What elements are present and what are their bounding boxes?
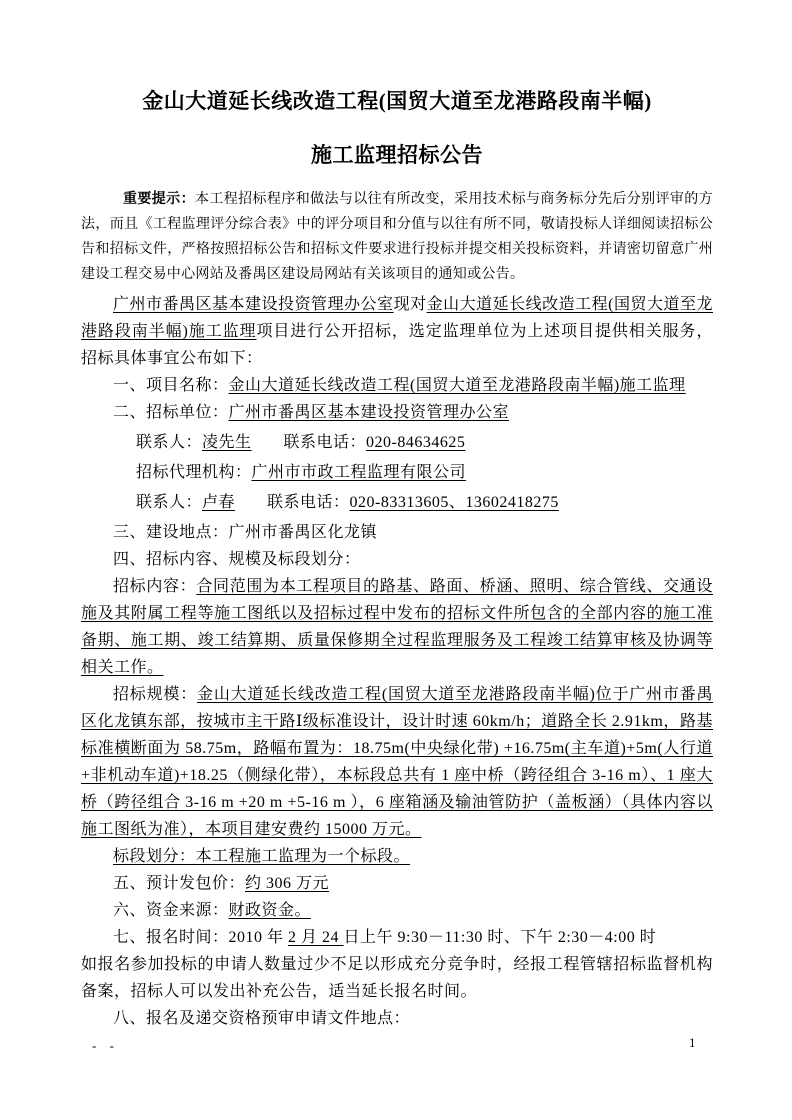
intro-paragraph: 广州市番禺区基本建设投资管理办公室现对金山大道延长线改造工程(国贸大道至龙港路段… <box>81 291 713 372</box>
item-section4: 四、招标内容、规模及标段划分： <box>81 546 713 573</box>
item-project-name-label: 一、项目名称： <box>113 377 229 394</box>
document-content: 金山大道延长线改造工程(国贸大道至龙港路段南半幅) 施工监理招标公告 重要提示：… <box>0 0 792 1032</box>
important-notice-label: 重要提示： <box>123 190 195 206</box>
item-funds: 六、资金来源：财政资金。 <box>81 897 713 924</box>
signup-time-post: 日上午 9:30－11:30 时、下午 2:30－4:00 时 <box>344 929 657 946</box>
item-tender-unit-label: 二、招标单位： <box>113 404 229 421</box>
item-tender-unit-value: 广州市番禺区基本建设投资管理办公室 <box>229 404 510 421</box>
contact-line-2: 联系人：卢春联系电话：020-83313605、13602418275 <box>81 489 713 516</box>
signup-time-pre: 七、报名时间：2010 年 <box>113 929 288 946</box>
intro-connector: 现对 <box>394 296 427 313</box>
tender-content-paragraph: 招标内容：合同范围为本工程项目的路基、路面、桥涵、照明、综合管线、交通设施及其附… <box>81 573 713 681</box>
signup-note-paragraph: 如报名参加投标的申请人数量过少不足以形成充分竞争时，经报工程管辖招标监督机构备案… <box>81 951 713 1005</box>
important-notice-paragraph: 重要提示：本工程招标程序和做法与以往有所改变，采用技术标与商务标分先后分别评审的… <box>81 186 713 287</box>
document-page: 金山大道延长线改造工程(国贸大道至龙港路段南半幅) 施工监理招标公告 重要提示：… <box>0 0 792 1120</box>
tender-scale-value: 金山大道延长线改造工程(国贸大道至龙港路段南半幅)位于广州市番禺区化龙镇东部，按… <box>81 686 713 838</box>
item-project-name-value: 金山大道延长线改造工程(国贸大道至龙港路段南半幅)施工监理 <box>229 377 686 394</box>
item-price: 五、预计发包价：约 306 万元 <box>81 870 713 897</box>
contact1-name: 凌先生 <box>202 434 252 451</box>
contact1-phone-label: 联系电话： <box>284 434 367 451</box>
document-title-line2: 施工监理招标公告 <box>81 140 713 170</box>
signup-note-value: 如报名参加投标的申请人数量过少不足以形成充分竞争时，经报工程管辖招标监督机构备案… <box>81 956 713 1000</box>
agency-line: 招标代理机构：广州市市政工程监理有限公司 <box>81 459 713 486</box>
item-project-name: 一、项目名称：金山大道延长线改造工程(国贸大道至龙港路段南半幅)施工监理 <box>81 372 713 399</box>
contact2-label: 联系人： <box>136 494 202 511</box>
item-tender-unit: 二、招标单位：广州市番禺区基本建设投资管理办公室 <box>81 399 713 426</box>
contact2-phone: 020-83313605、13602418275 <box>350 494 559 511</box>
page-number: 1 <box>689 1035 696 1051</box>
item-funds-value: 财政资金。 <box>229 902 312 919</box>
item-location-label: 三、建设地点： <box>113 524 229 541</box>
agency-label: 招标代理机构： <box>136 464 252 481</box>
agency-name: 广州市市政工程监理有限公司 <box>252 464 467 481</box>
tender-office-name: 广州市番禺区基本建设投资管理办公室 <box>113 296 394 313</box>
tender-content-label: 招标内容： <box>113 578 196 595</box>
contact1-phone: 020-84634625 <box>366 434 465 451</box>
contact2-name: 卢春 <box>202 494 235 511</box>
item-section8: 八、报名及递交资格预审申请文件地点： <box>81 1005 713 1032</box>
item-signup-time: 七、报名时间：2010 年 2 月 24 日上午 9:30－11:30 时、下午… <box>81 924 713 951</box>
item-section8-label: 八、报名及递交资格预审申请文件地点： <box>113 1010 410 1027</box>
document-title-line1: 金山大道延长线改造工程(国贸大道至龙港路段南半幅) <box>81 86 713 116</box>
item-price-value: 约 306 万元 <box>245 875 329 892</box>
section-division-paragraph: 标段划分：本工程施工监理为一个标段。 <box>81 843 713 870</box>
contact-line-1: 联系人：凌先生联系电话：020-84634625 <box>81 429 713 456</box>
contact2-phone-label: 联系电话： <box>267 494 350 511</box>
footer-dashes: - - <box>92 1038 114 1054</box>
item-location: 三、建设地点：广州市番禺区化龙镇 <box>81 519 713 546</box>
item-section4-label: 四、招标内容、规模及标段划分： <box>113 551 361 568</box>
signup-time-date: 2 月 24 <box>288 929 344 946</box>
item-location-value: 广州市番禺区化龙镇 <box>229 524 378 541</box>
tender-scale-paragraph: 招标规模：金山大道延长线改造工程(国贸大道至龙港路段南半幅)位于广州市番禺区化龙… <box>81 681 713 843</box>
section-division-value: 标段划分：本工程施工监理为一个标段。 <box>113 848 410 865</box>
contact1-label: 联系人： <box>136 434 202 451</box>
item-funds-label: 六、资金来源： <box>113 902 229 919</box>
item-price-label: 五、预计发包价： <box>113 875 245 892</box>
tender-scale-label: 招标规模： <box>113 686 197 703</box>
